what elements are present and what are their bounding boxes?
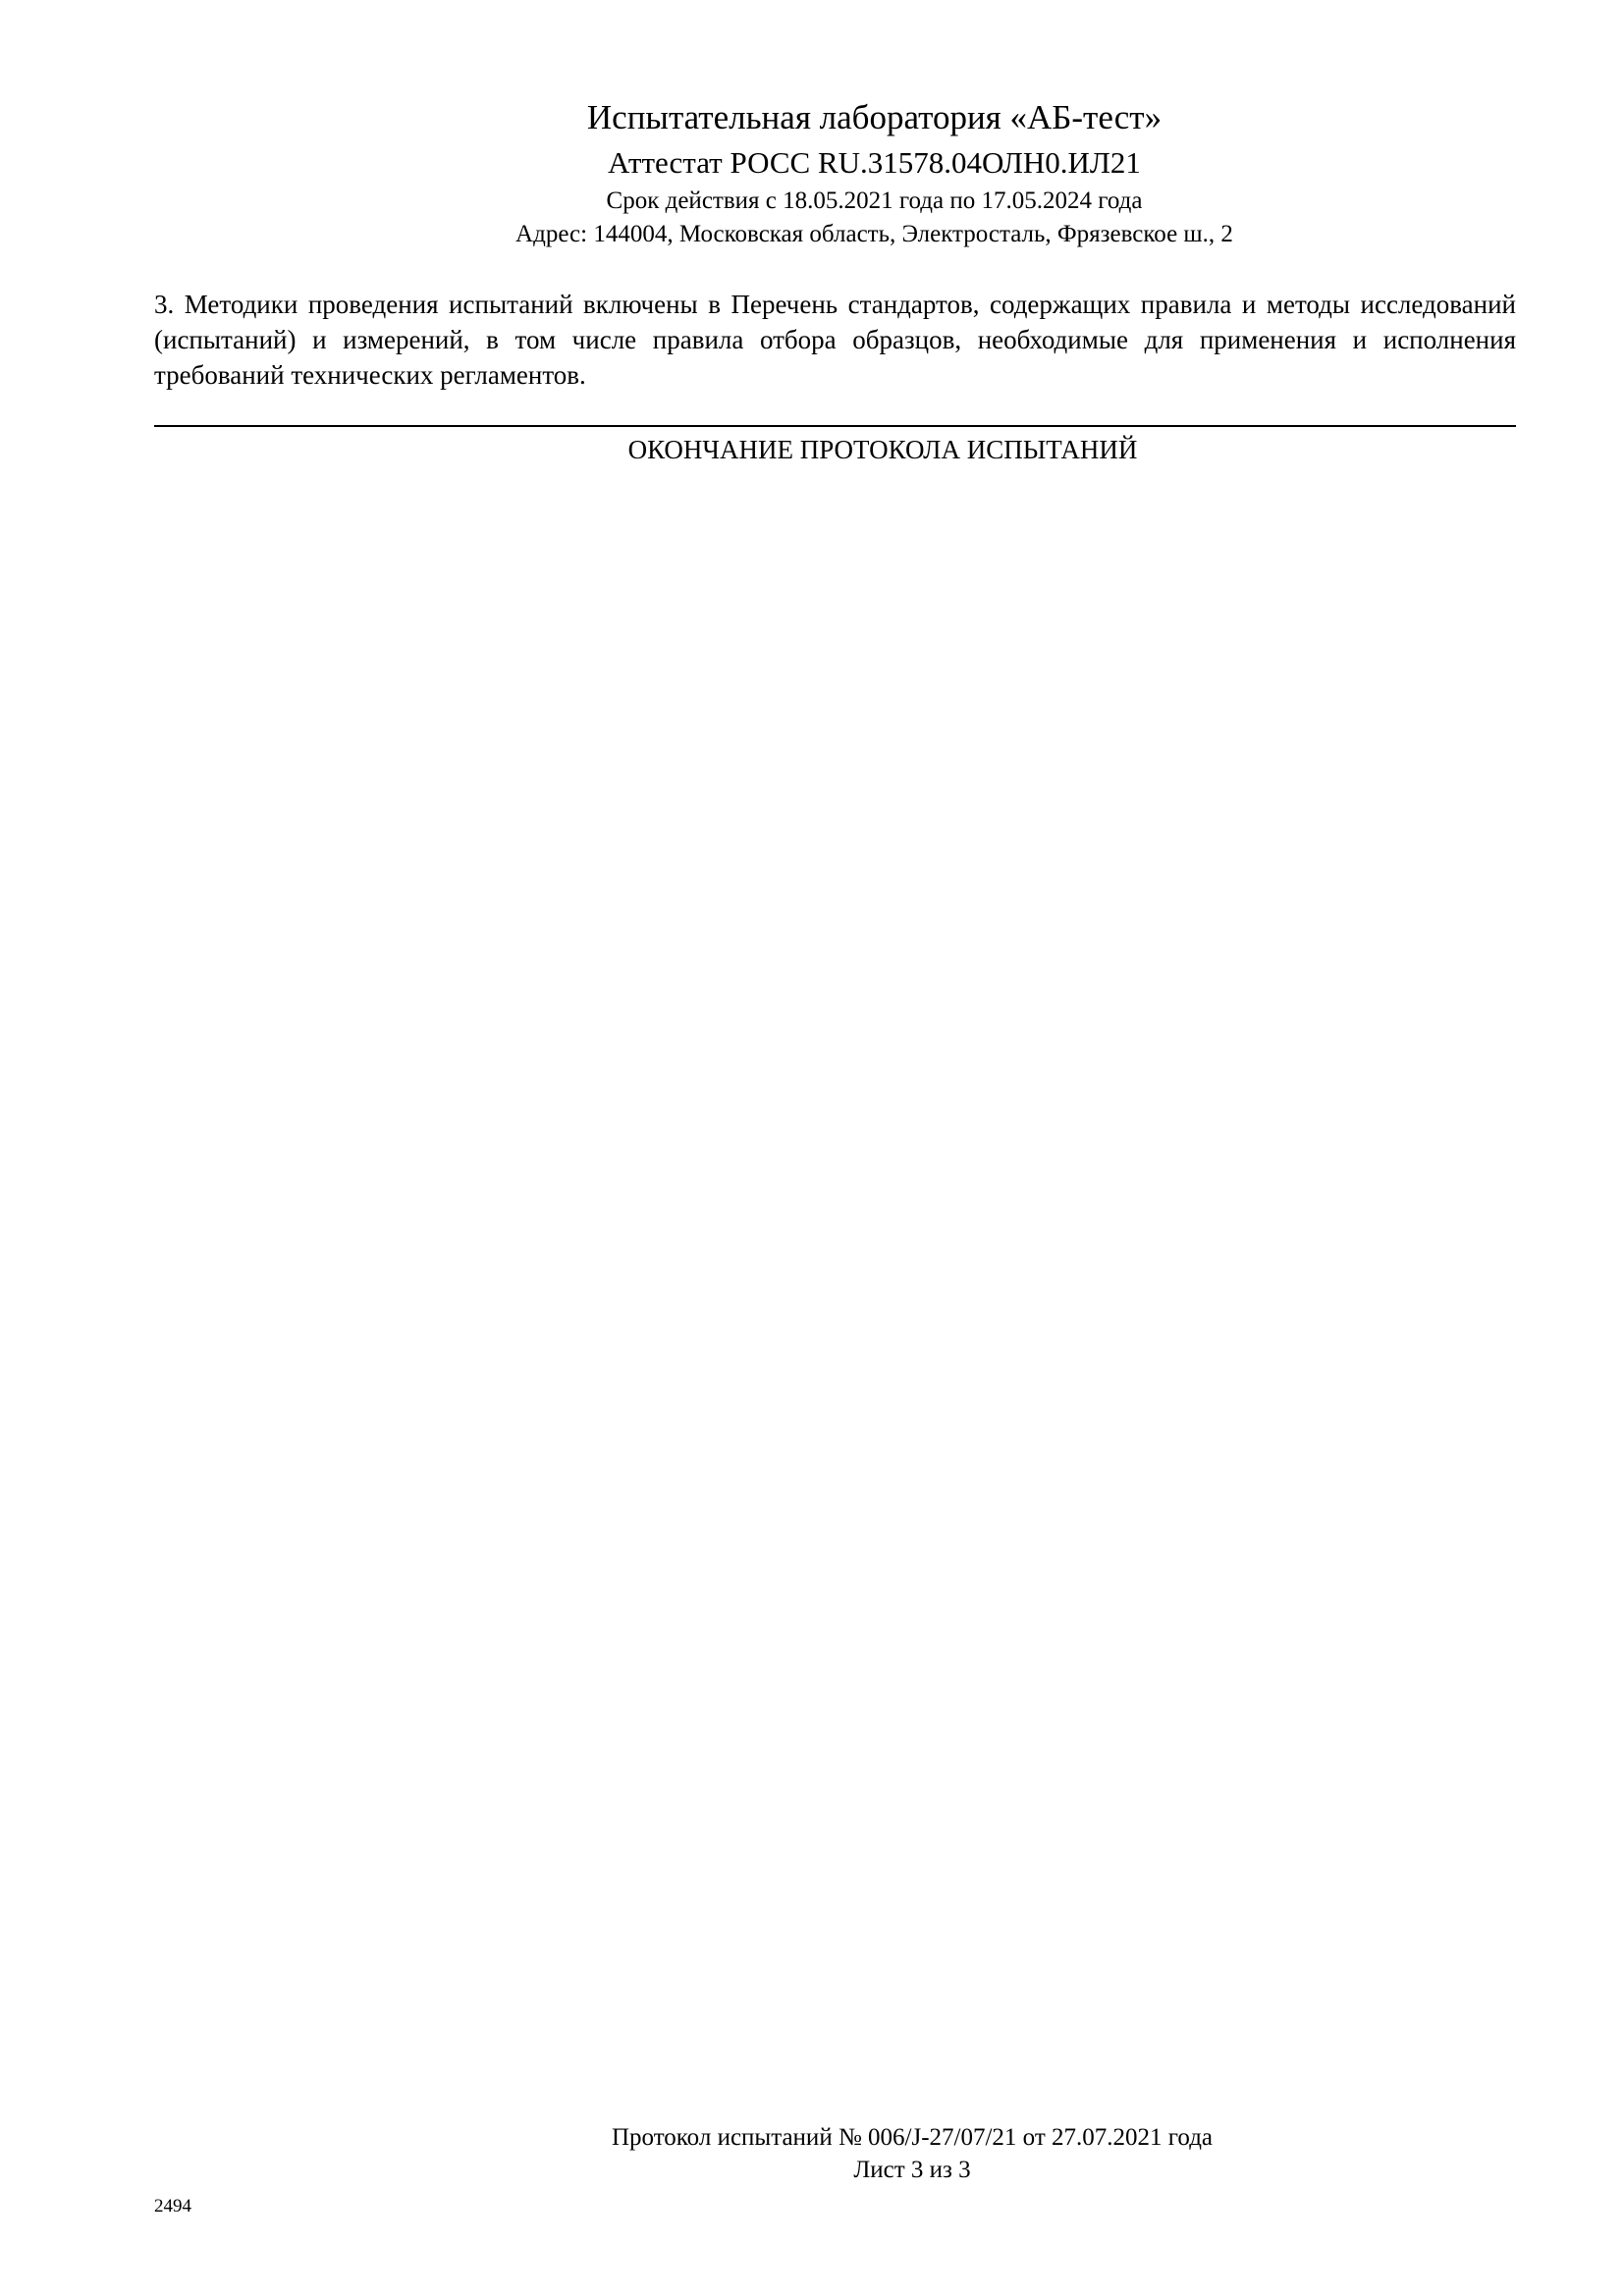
attestat-number: Аттестат РОСС RU.31578.04ОЛН0.ИЛ21 [154,141,1516,185]
sheet-number: Лист 3 из 3 [308,2154,1516,2186]
end-of-protocol-title: ОКОНЧАНИЕ ПРОТОКОЛА ИСПЫТАНИЙ [154,432,1516,467]
lab-name: Испытательная лаборатория «АБ-тест» [154,94,1516,141]
document-page: Испытательная лаборатория «АБ-тест» Атте… [0,0,1623,2296]
page-footer: Протокол испытаний № 006/J-27/07/21 от 2… [154,2121,1516,2186]
methods-paragraph: 3. Методики проведения испытаний включен… [154,287,1516,393]
lab-address: Адрес: 144004, Московская область, Элект… [154,218,1516,251]
horizontal-divider [154,425,1516,427]
lab-header: Испытательная лаборатория «АБ-тест» Атте… [154,94,1516,251]
document-number: 2494 [154,2195,191,2218]
protocol-reference: Протокол испытаний № 006/J-27/07/21 от 2… [308,2121,1516,2154]
validity-period: Срок действия с 18.05.2021 года по 17.05… [154,185,1516,218]
